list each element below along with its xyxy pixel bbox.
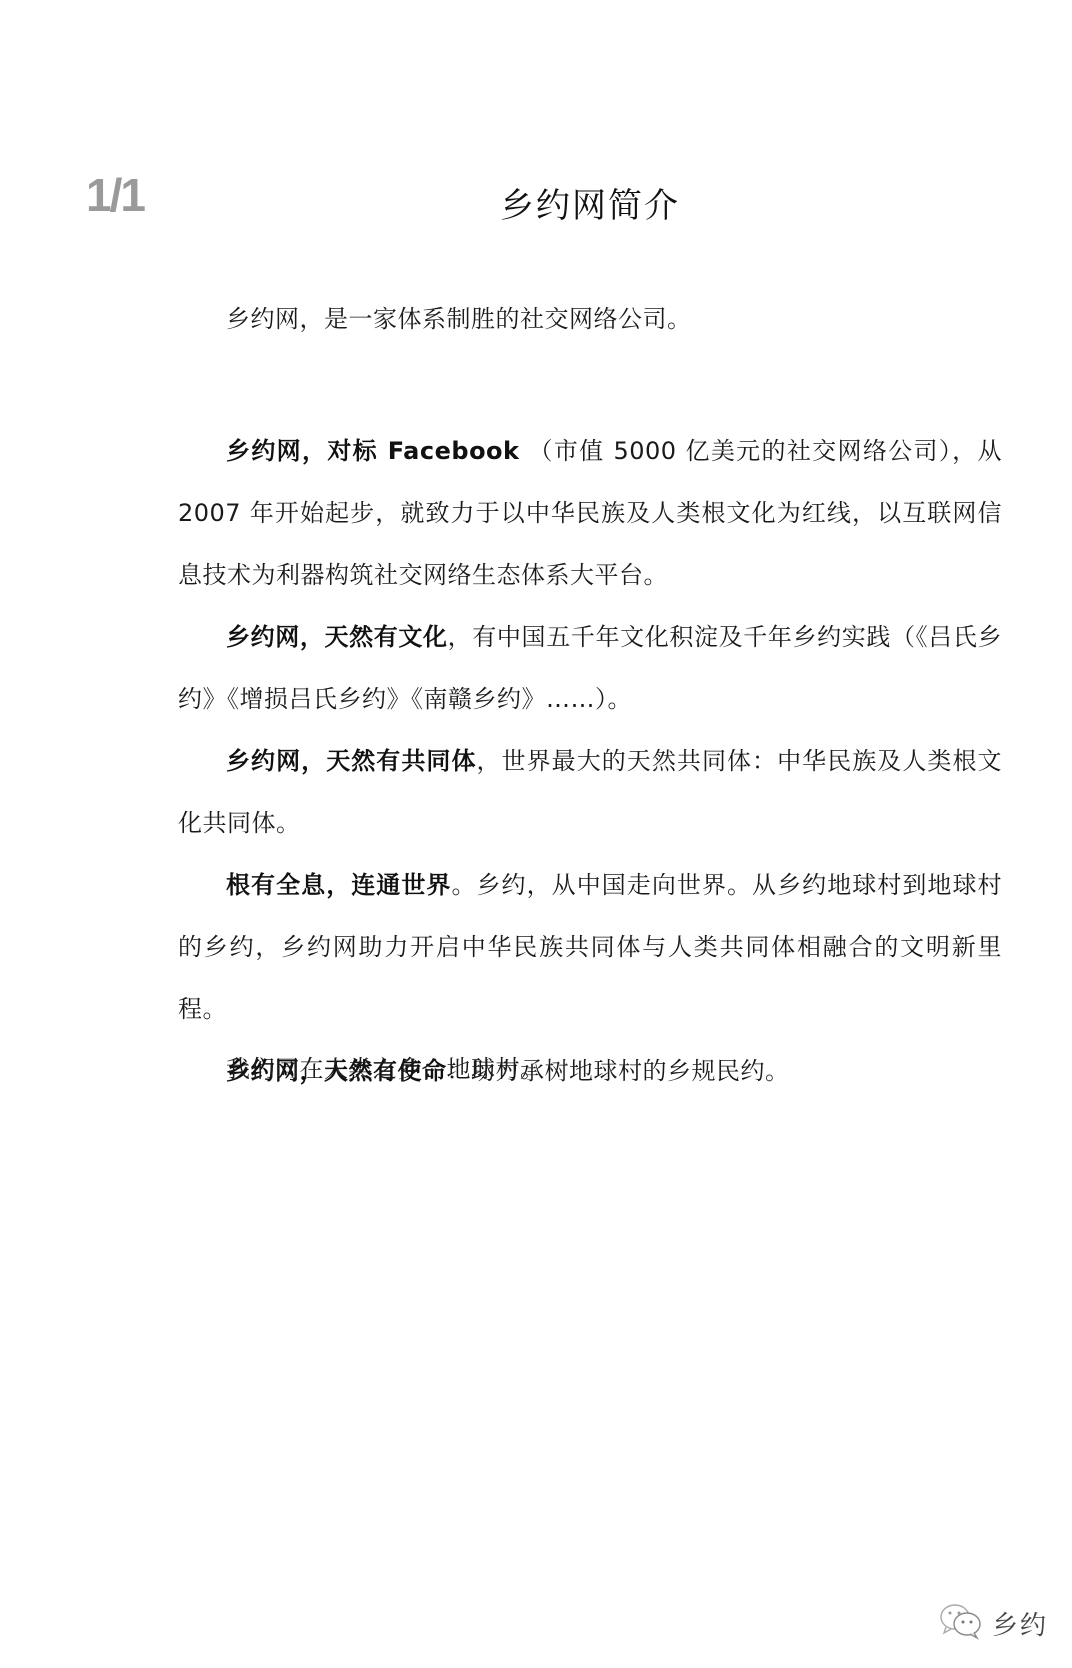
wechat-watermark: 乡约 [938,1602,1048,1644]
paragraph-world: 根有全息，连通世界。乡约，从中国走向世界。从乡约地球村到地球村的乡约，乡约网助力… [178,854,1002,1040]
wechat-icon [938,1602,984,1644]
paragraph-culture: 乡约网，天然有文化，有中国五千年文化积淀及千年乡约实践（《吕氏乡约》《增损吕氏乡… [178,606,1002,730]
paragraph-community: 乡约网，天然有共同体，世界最大的天然共同体：中华民族及人类根文化共同体。 [178,730,1002,854]
watermark-label: 乡约 [992,1605,1048,1642]
paragraph-lead: 乡约网，天然有共同体 [226,747,477,775]
main-paragraphs: 乡约网，对标 Facebook （市值 5000 亿美元的社交网络公司），从 2… [178,420,1002,1102]
paragraph-facebook: 乡约网，对标 Facebook （市值 5000 亿美元的社交网络公司），从 2… [178,420,1002,606]
intro-text: 乡约网，是一家体系制胜的社交网络公司。 [178,288,1002,350]
paragraph-lead: 乡约网，天然有文化 [226,623,448,651]
paragraph-lead: 乡约网，对标 Facebook [226,437,520,465]
closing-text: 我们同在人类之乡：地球村。 [178,1038,1002,1100]
document-title: 乡约网简介 [0,178,1072,227]
closing-paragraph: 我们同在人类之乡：地球村。 [178,1038,1002,1100]
paragraph-lead: 根有全息，连通世界 [226,871,451,899]
intro-paragraph: 乡约网，是一家体系制胜的社交网络公司。 [178,288,1002,350]
